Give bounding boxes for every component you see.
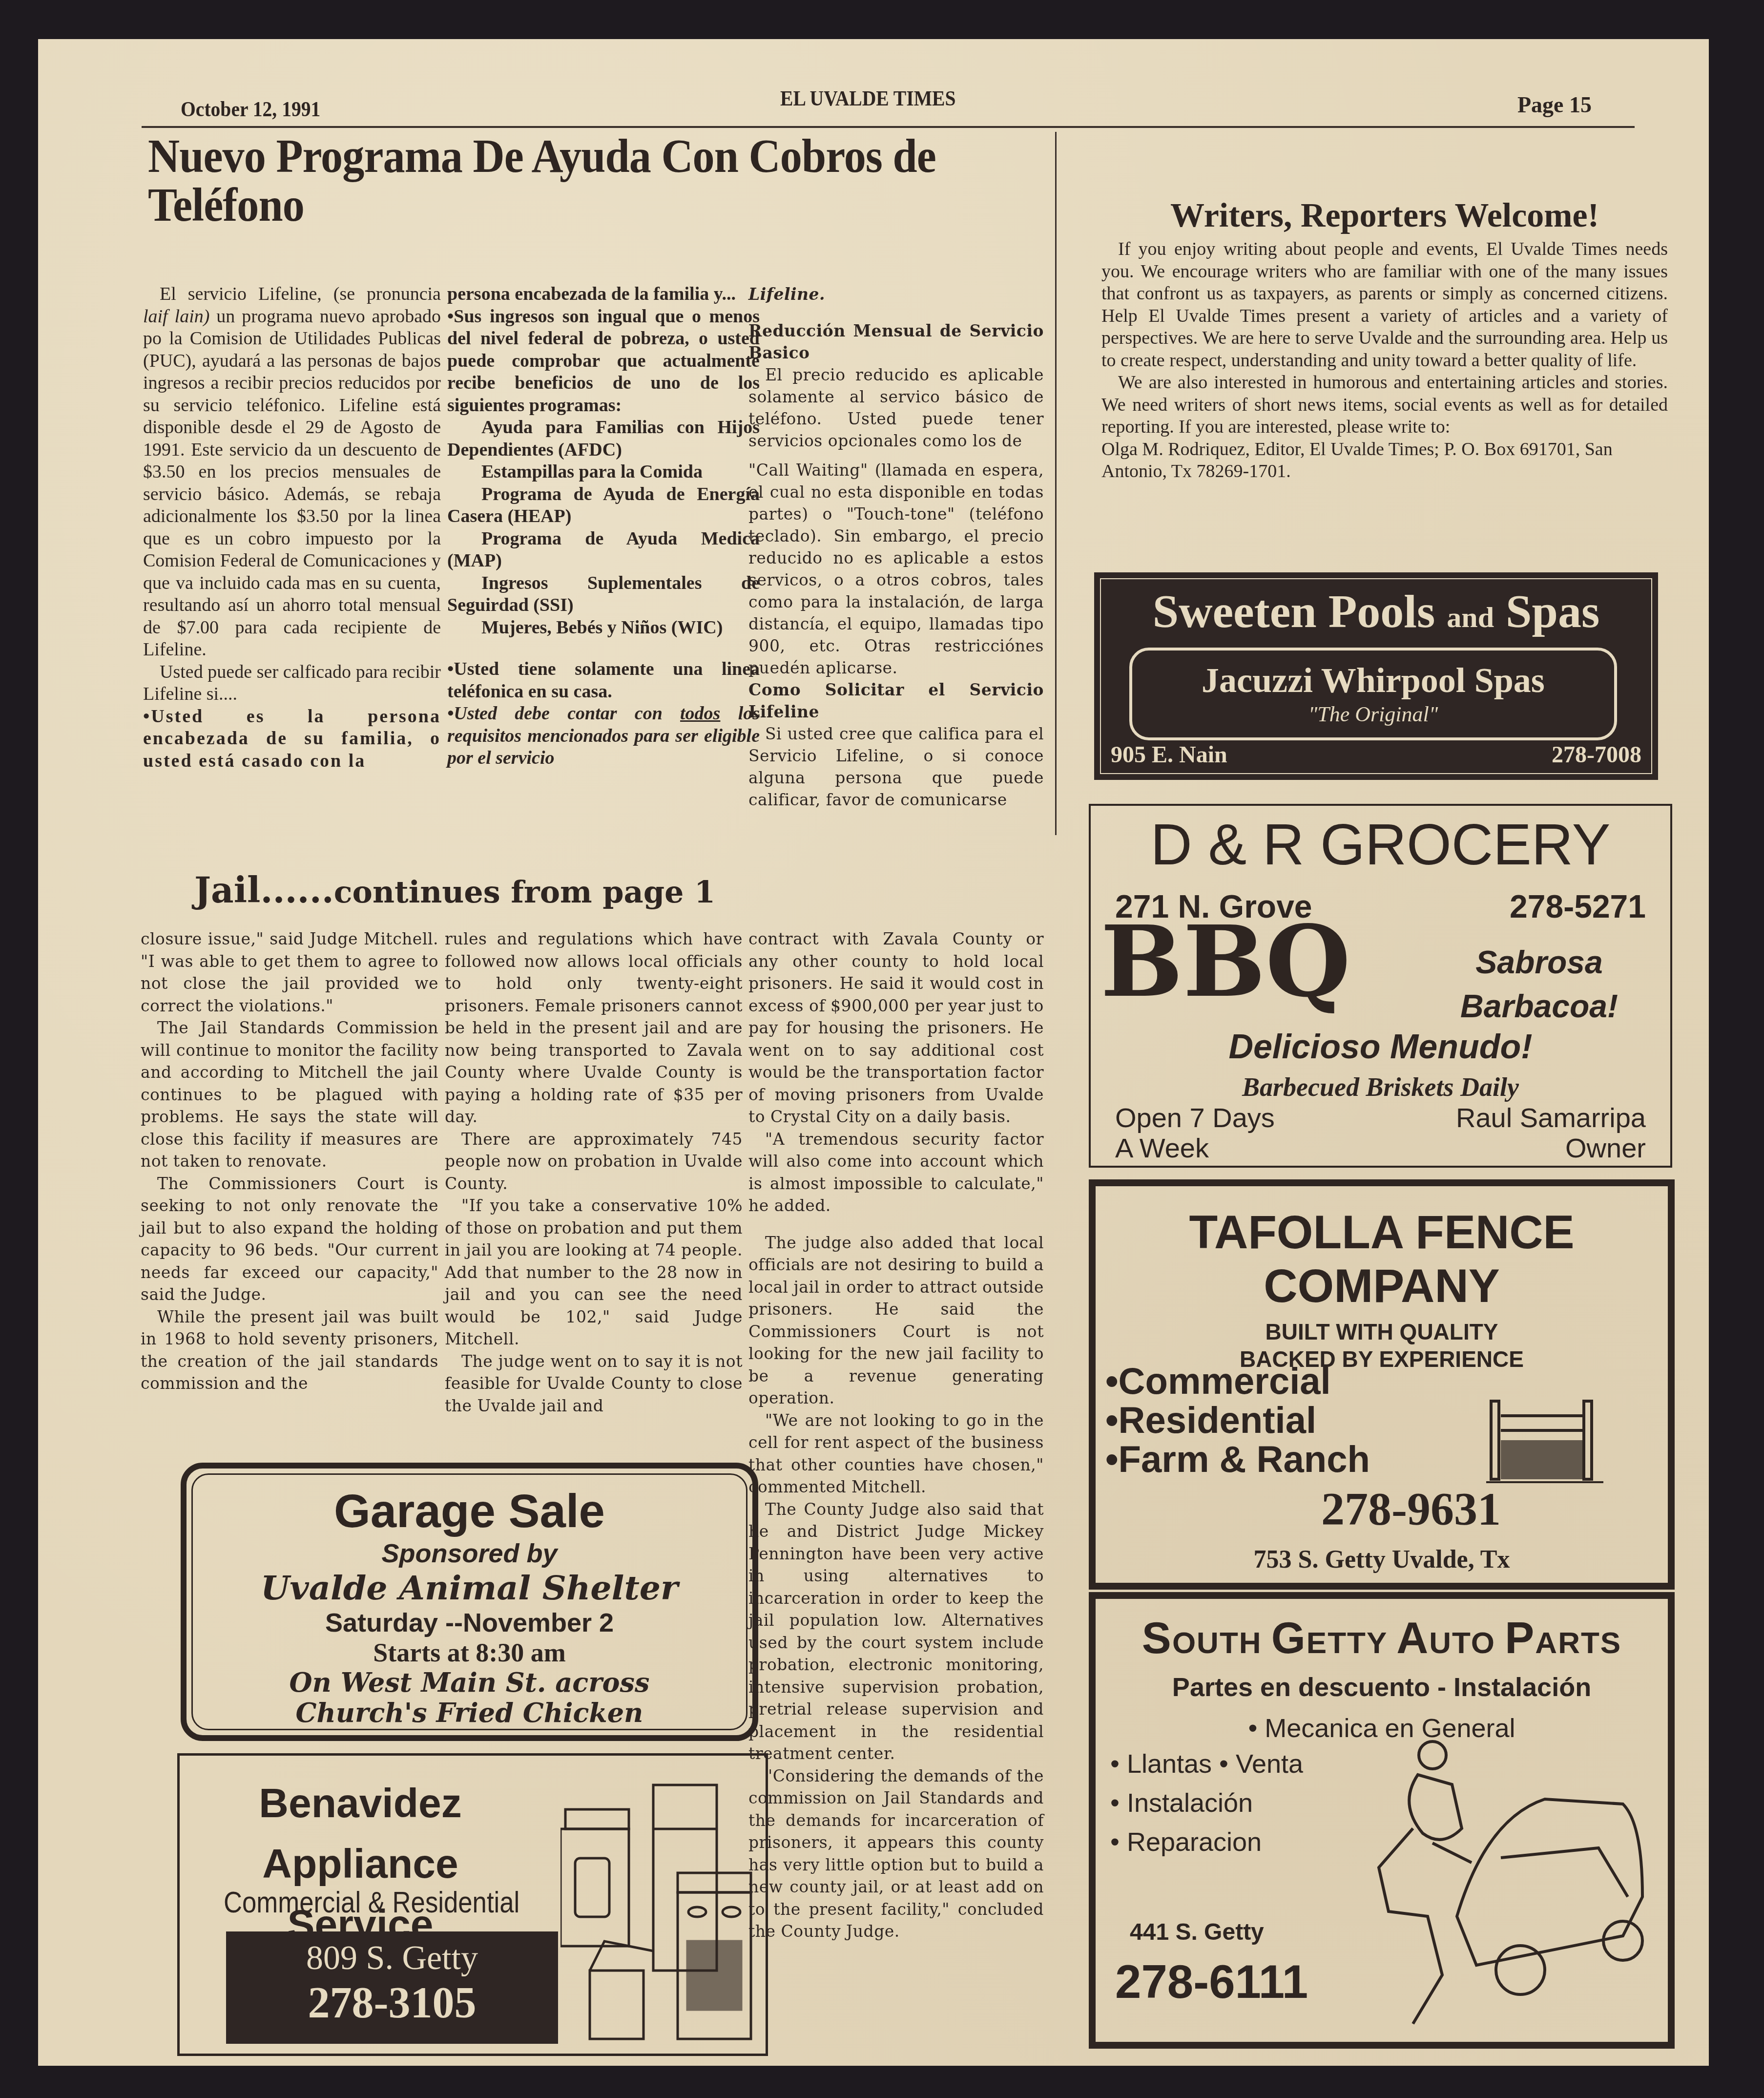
- ad-grocery-owner: Raul SamarripaOwner: [1456, 1103, 1646, 1163]
- ad-text: Raul Samarripa: [1456, 1103, 1646, 1133]
- lifeline-text: Si usted cree que califica para el Servi…: [748, 723, 1044, 811]
- jail-paragraph: There are approximately 745 people now o…: [445, 1128, 743, 1195]
- ad-text: G: [1271, 1614, 1307, 1663]
- ad-fence-phone: 278-9631: [1096, 1482, 1668, 1536]
- ad-sweeten-name: Sweeten Pools and Spas: [1096, 584, 1656, 638]
- jail-paragraph: "Considering the demands of the commissi…: [748, 1765, 1044, 1943]
- program-item: Ingresos Suplementales de Seguirdad (SSI…: [447, 572, 760, 617]
- eligibility-bullet: •Usted es la persona encabezada de su fa…: [143, 706, 441, 773]
- writers-paragraph: We are also interested in humorous and e…: [1101, 372, 1668, 439]
- column-divider: [1055, 132, 1057, 835]
- jail-paragraph: contract with Zavala County or any other…: [748, 928, 1044, 1128]
- jail-paragraph: "If you take a conservative 10% of those…: [445, 1195, 743, 1350]
- issue-date: October 12, 1991: [181, 97, 320, 122]
- jail-column-2: rules and regulations which have followe…: [445, 928, 743, 1417]
- program-item: Mujeres, Bebés y Niños (WIC): [447, 617, 760, 639]
- service-item: •Farm & Ranch: [1105, 1440, 1370, 1479]
- lifeline-column-2: persona encabezada de la familia y... •S…: [447, 283, 760, 770]
- lifeline-column-1: El servicio Lifeline, (se pronuncia laif…: [143, 283, 441, 772]
- ad-text: Open 7 Days: [1115, 1103, 1275, 1133]
- ad-appliance-type: Commercial & Residential: [224, 1885, 519, 1920]
- ad-garage-location: Church's Fried Chicken: [193, 1698, 746, 1728]
- ad-text: and: [1447, 601, 1494, 633]
- ad-sweeten-tagline: "The Original": [1132, 702, 1614, 727]
- program-item: Estampillas para la Comida: [447, 461, 760, 483]
- jail-paragraph: The Jail Standards Commission will conti…: [141, 1017, 438, 1173]
- ad-grocery-tagline: SabrosaBarbacoa!: [1432, 940, 1646, 1028]
- ad-dr-grocery: D & R GROCERY 271 N. Grove 278-5271 BBQ …: [1089, 804, 1672, 1168]
- masthead-rule: [142, 126, 1635, 128]
- ad-text: Spas: [1494, 585, 1599, 637]
- service-item: • Llantas • Venta: [1110, 1744, 1303, 1783]
- newspaper-page: October 12, 1991 EL UVALDE TIMES Page 15…: [38, 39, 1709, 2066]
- writers-paragraph: If you enjoy writing about people and ev…: [1101, 238, 1668, 372]
- jail-paragraph: While the present jail was built in 1968…: [141, 1306, 438, 1395]
- ad-text: ARTS: [1535, 1626, 1621, 1660]
- ad-garage-location: On West Main St. across: [193, 1667, 746, 1698]
- ad-text: P: [1505, 1614, 1535, 1663]
- ad-text: Benavidez: [219, 1773, 502, 1833]
- ad-text: S: [1142, 1614, 1172, 1663]
- service-item: • Reparacion: [1110, 1823, 1303, 1862]
- ad-sweeten-address: 905 E. Nain: [1111, 741, 1227, 768]
- ad-grocery-phone: 278-5271: [1510, 888, 1646, 925]
- ad-sweeten-product: Jacuzzi Whirpool Spas: [1132, 660, 1614, 701]
- jail-headline: Jail......continues from page 1: [194, 869, 715, 911]
- ad-grocery-menudo: Delicioso Menudo!: [1091, 1027, 1670, 1066]
- publication-name: EL UVALDE TIMES: [780, 86, 955, 111]
- ad-garage-time: Starts at 8:30 am: [193, 1638, 746, 1667]
- ad-text: COMPANY: [1096, 1259, 1668, 1313]
- lifeline-continued: Lifeline.: [748, 283, 1044, 305]
- lifeline-column-3: Lifeline. Reducción Mensual de Servicio …: [748, 283, 1044, 811]
- ad-fence-address: 753 S. Getty Uvalde, Tx: [1096, 1545, 1668, 1574]
- jail-column-3: contract with Zavala County or any other…: [748, 928, 1044, 1943]
- ad-garage-date: Saturday --November 2: [193, 1608, 746, 1638]
- program-item: Programa de Ayuda de Energía Casera (HEA…: [447, 483, 760, 528]
- jail-column-1: closure issue," said Judge Mitchell. "I …: [141, 928, 438, 1395]
- ad-auto-services: • Llantas • Venta • Instalación • Repara…: [1110, 1744, 1303, 1862]
- appliances-illustration-icon: [560, 1775, 766, 2049]
- subhead-como-solicitar: Como Solicitar el Servicio Lifeline: [748, 679, 1044, 723]
- service-item: •Residential: [1105, 1401, 1370, 1440]
- ad-text: OUTH: [1172, 1626, 1271, 1660]
- jail-paragraph: "A tremendous security factor will also …: [748, 1128, 1044, 1217]
- editor-contact: Olga M. Rodriquez, Editor, El Uvalde Tim…: [1101, 439, 1668, 483]
- eligibility-bullet: •Sus ingresos son ingual que o menos del…: [447, 306, 760, 417]
- ad-fence-name: TAFOLLA FENCECOMPANY: [1096, 1206, 1668, 1313]
- ad-auto-phone: 278-6111: [1115, 1955, 1308, 2009]
- jail-paragraph: The County Judge also said that he and D…: [748, 1498, 1044, 1765]
- ad-text: A Week: [1115, 1133, 1275, 1163]
- ad-grocery-briskets: Barbecued Briskets Daily: [1091, 1072, 1670, 1102]
- program-item: Ayuda para Familias con Hijos Dependient…: [447, 417, 760, 461]
- ad-benavidez-appliance: BenavidezAppliance Service Commercial & …: [177, 1753, 768, 2056]
- ad-fence-services: •Commercial •Residential •Farm & Ranch: [1105, 1362, 1370, 1479]
- lifeline-text: un programa nuevo aprobado po la Comisio…: [143, 306, 441, 660]
- ad-garage-sale: Garage Sale Sponsored by Uvalde Animal S…: [181, 1463, 758, 1741]
- ad-south-getty-auto-parts: SOUTH GETTY AUTO PARTS Partes en descuen…: [1089, 1592, 1675, 2049]
- ad-text: Sabrosa: [1432, 940, 1646, 984]
- jail-headline-continued: continues from page 1: [334, 874, 715, 910]
- eligibility-continued: persona encabezada de la familia y...: [447, 283, 760, 306]
- writers-welcome-title: Writers, Reporters Welcome!: [1101, 196, 1668, 235]
- lifeline-text: El servicio Lifeline, (se pronuncia: [160, 284, 441, 304]
- pronunciation: laif lain): [143, 306, 209, 327]
- ad-auto-address: 441 S. Getty: [1130, 1919, 1264, 1946]
- ad-garage-sponsored-label: Sponsored by: [193, 1538, 746, 1569]
- lifeline-headline: Nuevo Programa De Ayuda Con Cobros de Te…: [148, 132, 1001, 230]
- fence-gate-icon: [1486, 1396, 1603, 1484]
- ad-text: Sweeten Pools: [1153, 585, 1447, 637]
- ad-auto-name: SOUTH GETTY AUTO PARTS: [1096, 1614, 1668, 1664]
- ad-sweeten-product-box: Jacuzzi Whirpool Spas "The Original": [1129, 648, 1617, 740]
- ad-text: A: [1396, 1614, 1429, 1663]
- writers-welcome-body: If you enjoy writing about people and ev…: [1101, 238, 1668, 483]
- emphasis: todos: [680, 703, 720, 724]
- lifeline-text: El precio reducido es aplicable solament…: [748, 364, 1044, 452]
- jail-paragraph: rules and regulations which have followe…: [445, 928, 743, 1128]
- ad-appliance-phone: 278-3105: [226, 1978, 558, 2028]
- eligibility-intro: Usted puede ser calficado para recibir L…: [143, 661, 441, 706]
- ad-garage-title: Garage Sale: [193, 1485, 746, 1538]
- ad-text: BUILT WITH QUALITY: [1096, 1318, 1668, 1345]
- ad-tafolla-fence: TAFOLLA FENCECOMPANY BUILT WITH QUALITYB…: [1089, 1179, 1675, 1590]
- jail-headline-main: Jail......: [194, 869, 334, 911]
- ad-garage-inner-frame: Garage Sale Sponsored by Uvalde Animal S…: [191, 1473, 747, 1730]
- ad-text: UTO: [1429, 1626, 1505, 1660]
- ad-text: ETTY: [1307, 1626, 1397, 1660]
- service-item: •Commercial: [1105, 1362, 1370, 1401]
- lifeline-text: "Call Waiting" (llamada en espera, el cu…: [748, 459, 1044, 679]
- page-number: Page 15: [1517, 92, 1592, 118]
- jail-paragraph: The judge also added that local official…: [748, 1232, 1044, 1409]
- ad-grocery-name: D & R GROCERY: [1091, 816, 1670, 874]
- ad-garage-sponsor: Uvalde Animal Shelter: [193, 1569, 746, 1608]
- eligibility-bullet: •Usted debe contar con: [447, 703, 680, 724]
- ad-text: Owner: [1456, 1133, 1646, 1163]
- subhead-reduccion: Reducción Mensual de Servicio Basico: [748, 320, 1044, 364]
- ad-text: Barbacoa!: [1432, 984, 1646, 1028]
- jail-paragraph: The judge went on to say it is not feasi…: [445, 1350, 743, 1417]
- ad-text: TAFOLLA FENCE: [1096, 1206, 1668, 1259]
- eligibility-bullet: •Usted tiene solamente una linea teléfon…: [447, 658, 760, 703]
- mechanic-car-illustration-icon: [1359, 1697, 1662, 2034]
- ad-appliance-contact-box: 809 S. Getty 278-3105: [226, 1931, 558, 2044]
- service-item: • Instalación: [1110, 1783, 1303, 1823]
- jail-paragraph: "We are not looking to go in the cell fo…: [748, 1409, 1044, 1498]
- jail-paragraph: The Commissioners Court is seeking to no…: [141, 1173, 438, 1306]
- ad-appliance-name: BenavidezAppliance Service: [219, 1773, 502, 1954]
- program-item: Programa de Ayuda Medica (MAP): [447, 528, 760, 572]
- ad-sweeten-pools: Sweeten Pools and Spas Jacuzzi Whirpool …: [1094, 572, 1658, 780]
- ad-appliance-address: 809 S. Getty: [226, 1939, 558, 1978]
- ad-grocery-hours: Open 7 DaysA Week: [1115, 1103, 1275, 1163]
- bbq-logo-icon: BBQ: [1100, 913, 1350, 1011]
- jail-paragraph: closure issue," said Judge Mitchell. "I …: [141, 928, 438, 1017]
- ad-sweeten-phone: 278-7008: [1552, 741, 1641, 768]
